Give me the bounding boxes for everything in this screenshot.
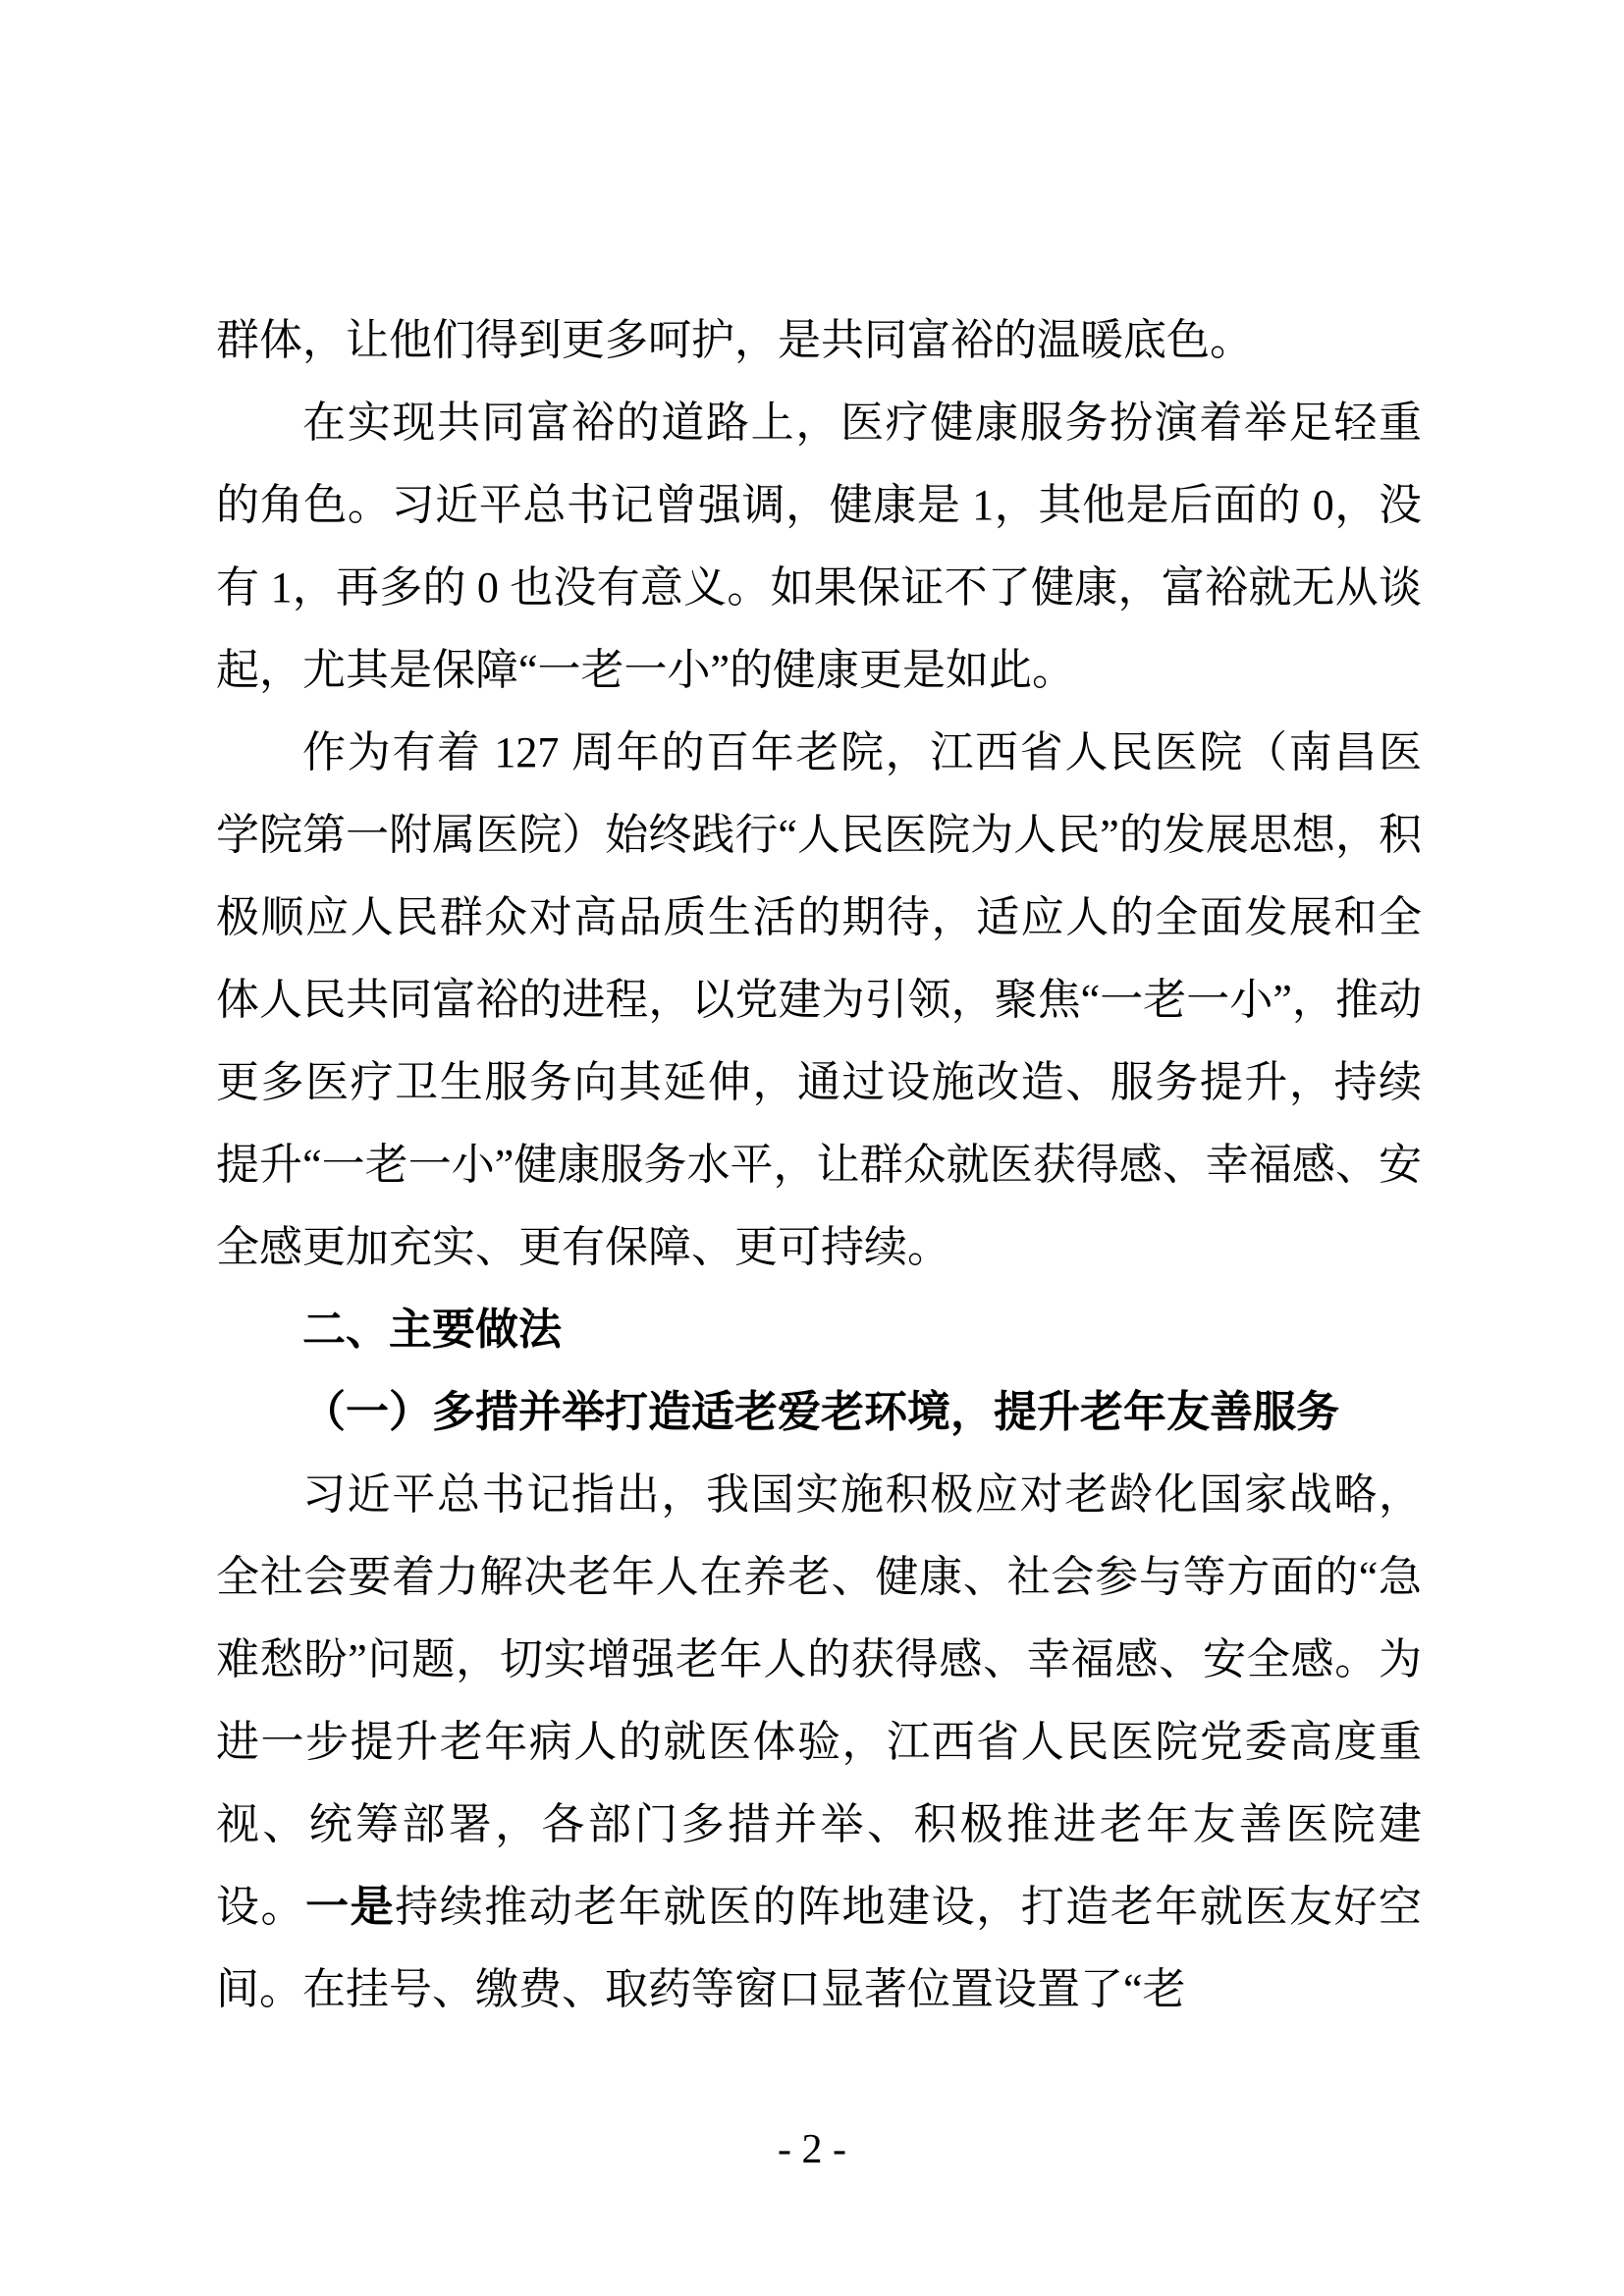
paragraph-elderly-text-before: 习近平总书记指出，我国实施积极应对老龄化国家战略，全社会要着力解决老年人在养老、… <box>216 1470 1422 1931</box>
subsection-heading-elderly-friendly-service: （一）多措并举打造适老爱老环境，提升老年友善服务 <box>216 1371 1422 1454</box>
paragraph-prosperity-health: 在实现共同富裕的道路上，医疗健康服务扮演着举足轻重的角色。习近平总书记曾强调，健… <box>216 382 1422 712</box>
document-page: 群体，让他们得到更多呵护，是共同富裕的温暖底色。 在实现共同富裕的道路上，医疗健… <box>0 0 1624 2296</box>
page-number: - 2 - <box>0 2120 1624 2179</box>
paragraph-elderly-text-after: 持续推动老年就医的阵地建设，打造老年就医友好空间。在挂号、缴费、取药等窗口显著位… <box>216 1883 1422 2013</box>
section-heading-main-practices: 二、主要做法 <box>216 1289 1422 1371</box>
document-body: 群体，让他们得到更多呵护，是共同富裕的温暖底色。 在实现共同富裕的道路上，医疗健… <box>216 299 1422 2031</box>
paragraph-hospital-intro: 作为有着 127 周年的百年老院，江西省人民医院（南昌医学院第一附属医院）始终践… <box>216 712 1422 1289</box>
emphasis-first-measure: 一是 <box>305 1883 395 1931</box>
paragraph-continued-from-previous-page: 群体，让他们得到更多呵护，是共同富裕的温暖底色。 <box>216 299 1422 382</box>
paragraph-elderly-measures: 习近平总书记指出，我国实施积极应对老龄化国家战略，全社会要着力解决老年人在养老、… <box>216 1454 1422 2031</box>
